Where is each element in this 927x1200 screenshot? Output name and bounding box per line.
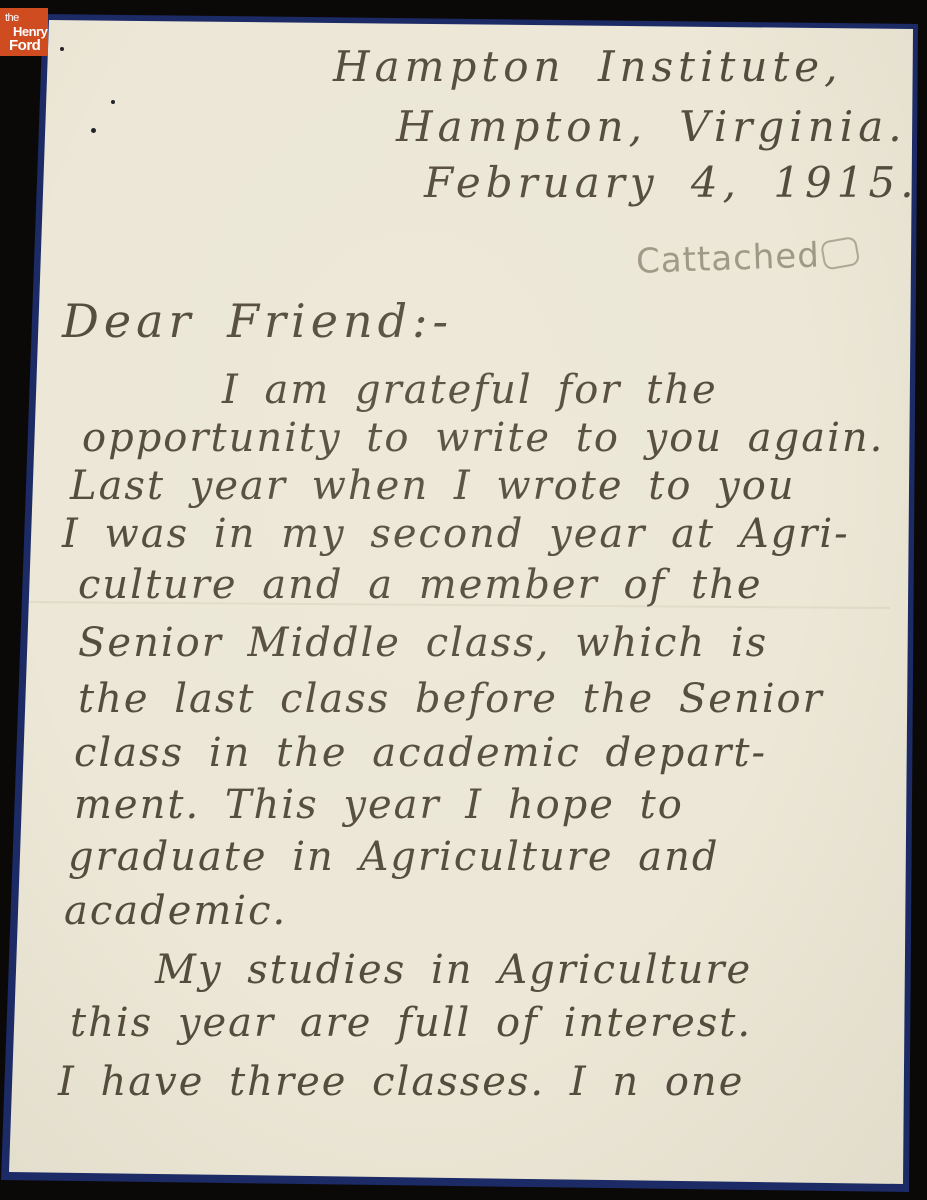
body-line: My studies in Agriculture	[155, 947, 752, 993]
ink-dot	[111, 100, 115, 104]
ink-dot	[60, 47, 64, 51]
body-line: Senior Middle class, which is	[78, 620, 768, 666]
henry-ford-logo: the Henry Ford	[0, 8, 48, 56]
body-line: the last class before the Senior	[78, 676, 824, 722]
salutation: Dear Friend:-	[62, 294, 453, 348]
body-line: I was in my second year at Agri-	[62, 511, 850, 557]
body-line: I am grateful for the	[222, 367, 718, 413]
body-line: graduate in Agriculture and	[68, 834, 719, 880]
body-line: ment. This year I hope to	[74, 782, 684, 828]
pencil-annotation: Cattached	[635, 234, 858, 282]
logo-word-the: the	[5, 13, 19, 24]
body-line: Last year when I wrote to you	[70, 463, 796, 509]
body-line: class in the academic depart-	[74, 730, 767, 776]
heading-line-city: Hampton, Virginia.	[396, 102, 907, 151]
body-line: opportunity to write to you again.	[82, 415, 884, 461]
logo-word-ford: Ford	[9, 38, 40, 53]
pencil-annotation-text: Cattached	[635, 235, 820, 281]
ink-dot	[91, 128, 96, 133]
body-line: academic.	[64, 888, 287, 934]
pencil-flourish	[820, 236, 860, 271]
heading-line-date: February 4, 1915.	[424, 158, 919, 207]
photo-background: { "colors": { "background": "#0b0908", "…	[0, 0, 927, 1200]
body-line: culture and a member of the	[78, 562, 763, 608]
heading-line-institution: Hampton Institute,	[333, 42, 842, 91]
body-line: I have three classes. I n one	[58, 1059, 744, 1105]
body-line: this year are full of interest.	[70, 1000, 752, 1046]
